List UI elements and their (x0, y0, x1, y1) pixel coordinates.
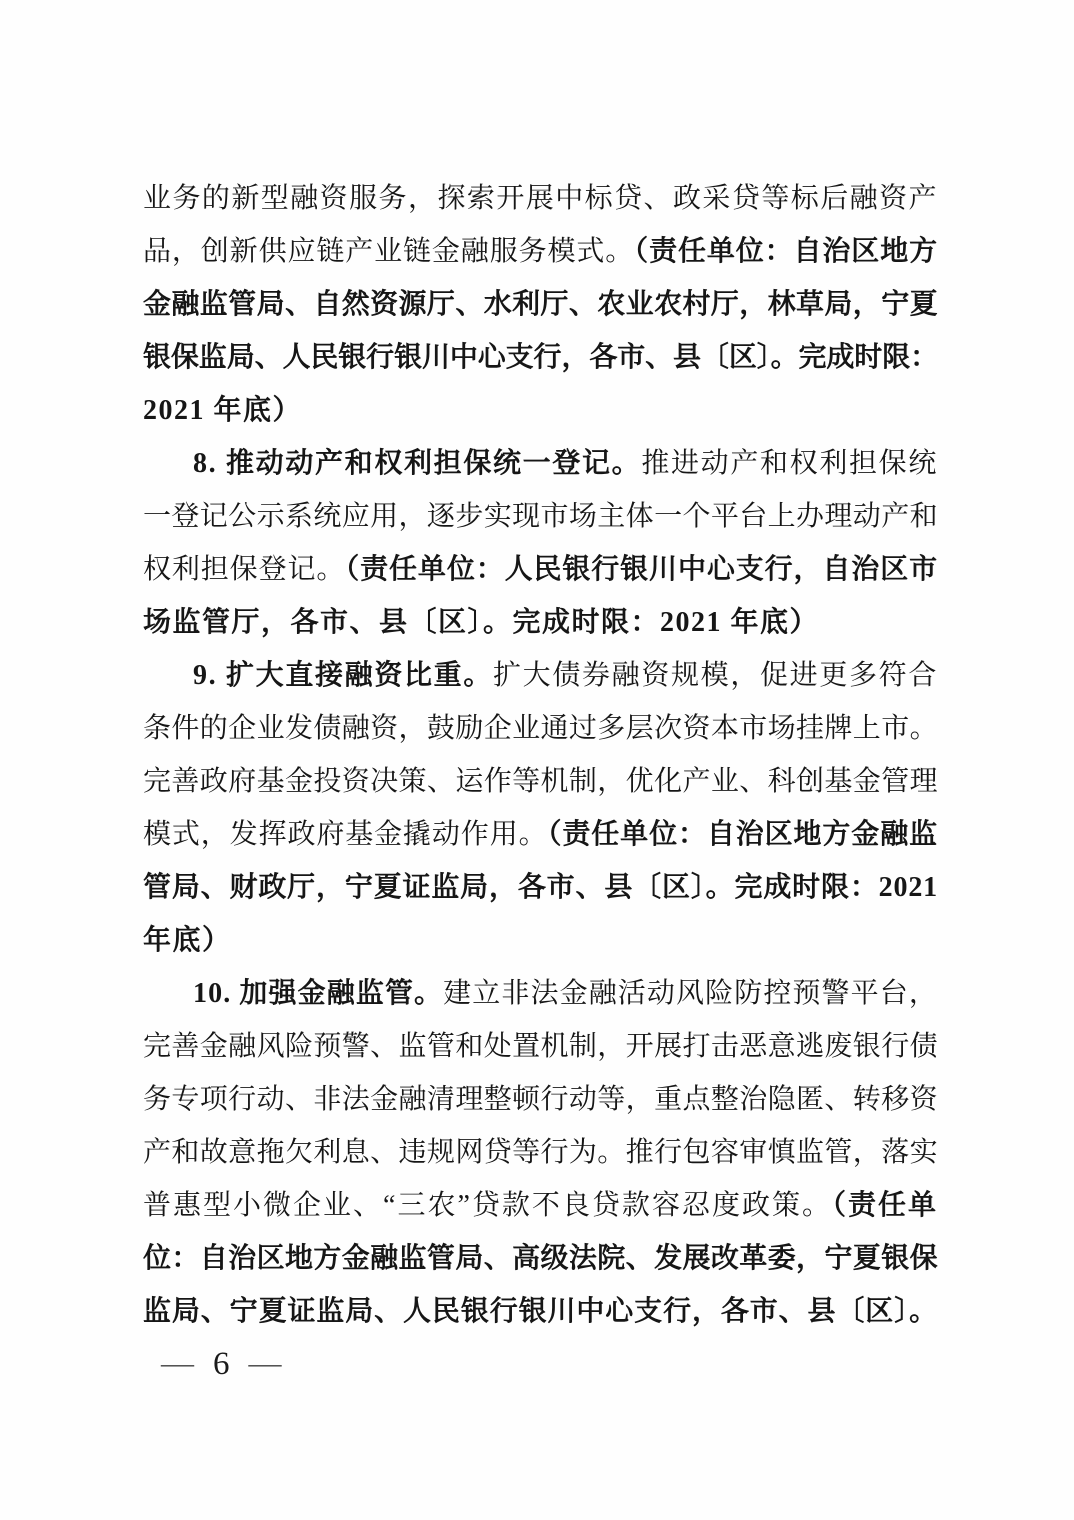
text-line: 监局、宁夏证监局、人民银行银川中心支行，各市、县〔区〕。 (143, 1285, 938, 1338)
text-line: 完善金融风险预警、监管和处置机制，开展打击恶意逃废银行债 (143, 1020, 938, 1073)
text-line: 务专项行动、非法金融清理整顿行动等，重点整治隐匿、转移资 (143, 1073, 938, 1126)
emphasis-text: 年底） (143, 925, 232, 956)
text-line: 品，创新供应链产业链金融服务模式。（责任单位：自治区地方 (143, 225, 938, 278)
body-text: 产和故意拖欠利息、违规网贷等行为。推行包容审慎监管，落实 (143, 1137, 938, 1168)
body-text: 务专项行动、非法金融清理整顿行动等，重点整治隐匿、转移资 (143, 1084, 938, 1115)
emphasis-text: 9. 扩大直接融资比重。 (193, 660, 493, 691)
emphasis-text: 金融监管局、自然资源厅、水利厅、农业农村厅，林草局，宁夏 (143, 289, 938, 320)
page-footer: — 6 — (161, 1346, 282, 1382)
text-line: 年底） (143, 914, 938, 967)
emphasis-text: （责任单位：自治区地方金融监 (548, 819, 939, 850)
body-text: 品，创新供应链产业链金融服务模式。 (143, 236, 634, 267)
body-text: 条件的企业发债融资，鼓励企业通过多层次资本市场挂牌上市。 (143, 713, 938, 744)
text-line: 权利担保登记。（责任单位：人民银行银川中心支行，自治区市 (143, 543, 938, 596)
document-body: 业务的新型融资服务，探索开展中标贷、政采贷等标后融资产品，创新供应链产业链金融服… (143, 172, 938, 1338)
footer-dash-left: — (161, 1350, 194, 1379)
emphasis-text: 监局、宁夏证监局、人民银行银川中心支行，各市、县〔区〕。 (143, 1296, 938, 1327)
text-line: 模式，发挥政府基金撬动作用。（责任单位：自治区地方金融监 (143, 808, 938, 861)
body-text: 一登记公示系统应用，逐步实现市场主体一个平台上办理动产和 (143, 501, 938, 532)
text-line: 完善政府基金投资决策、运作等机制，优化产业、科创基金管理 (143, 755, 938, 808)
body-text: 建立非法金融活动风险防控预警平台， (443, 978, 938, 1009)
footer-page-number: 6 (213, 1346, 230, 1382)
text-line: 场监管厅，各市、县〔区〕。完成时限：2021 年底） (143, 596, 938, 649)
text-line: 8. 推动动产和权利担保统一登记。推进动产和权利担保统 (143, 437, 938, 490)
emphasis-text: 8. 推动动产和权利担保统一登记。 (193, 448, 641, 479)
body-text: 推进动产和权利担保统 (641, 448, 938, 479)
emphasis-text: （责任单 (832, 1190, 938, 1221)
text-line: 普惠型小微企业、“三农”贷款不良贷款容忍度政策。（责任单 (143, 1179, 938, 1232)
emphasis-text: 位：自治区地方金融监管局、高级法院、发展改革委，宁夏银保 (143, 1243, 938, 1274)
text-line: 条件的企业发债融资，鼓励企业通过多层次资本市场挂牌上市。 (143, 702, 938, 755)
text-line: 金融监管局、自然资源厅、水利厅、农业农村厅，林草局，宁夏 (143, 278, 938, 331)
text-line: 一登记公示系统应用，逐步实现市场主体一个平台上办理动产和 (143, 490, 938, 543)
footer-dash-right: — (249, 1350, 282, 1379)
body-text: 完善金融风险预警、监管和处置机制，开展打击恶意逃废银行债 (143, 1031, 938, 1062)
emphasis-text: （责任单位：人民银行银川中心支行，自治区市 (345, 554, 938, 585)
document-page: 业务的新型融资服务，探索开展中标贷、政采贷等标后融资产品，创新供应链产业链金融服… (0, 0, 1074, 1520)
emphasis-text: （责任单位：自治区地方 (634, 236, 938, 267)
body-text: 业务的新型融资服务，探索开展中标贷、政采贷等标后融资产 (143, 183, 938, 214)
body-text: 权利担保登记。 (143, 554, 345, 585)
text-line: 银保监局、人民银行银川中心支行，各市、县〔区〕。完成时限： (143, 331, 938, 384)
emphasis-text: 10. 加强金融监管。 (193, 978, 443, 1009)
emphasis-text: 银保监局、人民银行银川中心支行，各市、县〔区〕。完成时限： (143, 342, 938, 373)
body-text: 模式，发挥政府基金撬动作用。 (143, 819, 548, 850)
emphasis-text: 场监管厅，各市、县〔区〕。完成时限：2021 年底） (143, 607, 819, 638)
text-line: 业务的新型融资服务，探索开展中标贷、政采贷等标后融资产 (143, 172, 938, 225)
text-line: 位：自治区地方金融监管局、高级法院、发展改革委，宁夏银保 (143, 1232, 938, 1285)
body-text: 完善政府基金投资决策、运作等机制，优化产业、科创基金管理 (143, 766, 938, 797)
text-line: 产和故意拖欠利息、违规网贷等行为。推行包容审慎监管，落实 (143, 1126, 938, 1179)
emphasis-text: 2021 年底） (143, 395, 302, 426)
text-line: 2021 年底） (143, 384, 938, 437)
text-line: 管局、财政厅，宁夏证监局，各市、县〔区〕。完成时限：2021 (143, 861, 938, 914)
body-text: 扩大债券融资规模，促进更多符合 (493, 660, 938, 691)
body-text: 普惠型小微企业、“三农”贷款不良贷款容忍度政策。 (143, 1190, 832, 1221)
emphasis-text: 管局、财政厅，宁夏证监局，各市、县〔区〕。完成时限：2021 (143, 872, 938, 903)
text-line: 10. 加强金融监管。建立非法金融活动风险防控预警平台， (143, 967, 938, 1020)
text-line: 9. 扩大直接融资比重。扩大债券融资规模，促进更多符合 (143, 649, 938, 702)
